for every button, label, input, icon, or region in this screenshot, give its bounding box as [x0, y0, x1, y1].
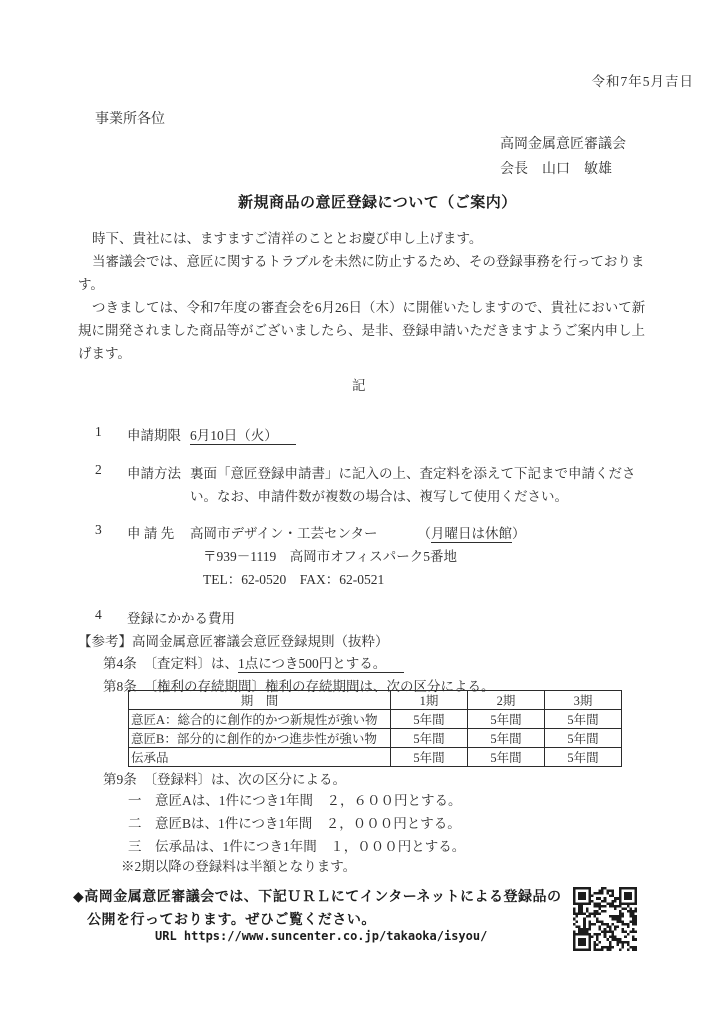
item1-deadline: 6月10日（火）: [190, 424, 296, 444]
footer-url: URL https://www.suncenter.co.jp/takaoka/…: [155, 929, 487, 943]
header-term2: 2期: [468, 691, 545, 710]
item1-label: 申請期限: [127, 424, 181, 444]
duration-table: 期 間 1期 2期 3期 意匠A：総合的に創作的かつ新規性が強い物 5年間 5年…: [128, 690, 622, 767]
paragraph-greeting: 時下、貴社には、ますますご清祥のこととお慶び申し上げます。: [78, 227, 654, 250]
row-traditional-term3: 5年間: [545, 748, 622, 767]
article-4: 第4条 〔査定料〕は、1点につき500円とする。: [103, 652, 404, 672]
sender-person: 会長 山口 敏雄: [500, 158, 612, 178]
article-4-fee: 1点につき500円とする。: [238, 656, 404, 673]
item2-number: 2: [95, 462, 102, 478]
header-term3: 3期: [545, 691, 622, 710]
addressee: 事業所各位: [95, 108, 165, 128]
fee-design-a: 一 意匠Aは、1件につき1年間 ２，６００円とする。: [128, 789, 465, 812]
destination-tel-fax: TEL：62-0520 FAX：62-0521: [190, 568, 526, 591]
table-row: 伝承品 5年間 5年間 5年間: [129, 748, 622, 767]
table-row: 意匠A：総合的に創作的かつ新規性が強い物 5年間 5年間 5年間: [129, 710, 622, 729]
fee-design-b: 二 意匠Bは、1件につき1年間 ２，０００円とする。: [128, 812, 465, 835]
destination-name-line: 高岡市デザイン・工芸センター（月曜日は休館）: [190, 522, 526, 545]
fee-list: 一 意匠Aは、1件につき1年間 ２，６００円とする。 二 意匠Bは、1件につき1…: [128, 789, 465, 858]
item2-method-text: 裏面「意匠登録申請書」に記入の上、査定料を添えて下記まで申請ください。なお、申請…: [190, 462, 650, 508]
header-period: 期 間: [129, 691, 391, 710]
header-term1: 1期: [391, 691, 468, 710]
closed-day-text: 月曜日は休館: [431, 526, 512, 543]
item4-number: 4: [95, 607, 102, 623]
row-traditional-term1: 5年間: [391, 748, 468, 767]
row-design-a-term2: 5年間: [468, 710, 545, 729]
fee-note: ※2期以降の登録料は半額となります。: [121, 855, 356, 875]
table-header-row: 期 間 1期 2期 3期: [129, 691, 622, 710]
body-paragraphs: 時下、貴社には、ますますご清祥のこととお慶び申し上げます。 当審議会では、意匠に…: [78, 227, 654, 365]
qr-code: [573, 887, 637, 951]
row-design-a-label: 意匠A：総合的に創作的かつ新規性が強い物: [129, 710, 391, 729]
table-row: 意匠B：部分的に創作的かつ進歩性が強い物 5年間 5年間 5年間: [129, 729, 622, 748]
paragraph-invitation: つきましては、令和7年度の審査会を6月26日（木）に開催いたしますので、貴社にお…: [78, 296, 654, 365]
item2-label: 申請方法: [127, 462, 181, 482]
sender-organization: 高岡金属意匠審議会: [500, 133, 626, 153]
item1-number: 1: [95, 424, 102, 440]
row-traditional-label: 伝承品: [129, 748, 391, 767]
footer-announcement-line2: 公開を行っております。ぜひご覧ください。: [87, 909, 376, 929]
reference-heading: 【参考】高岡金属意匠審議会意匠登録規則（抜粋）: [78, 630, 389, 650]
row-design-b-term3: 5年間: [545, 729, 622, 748]
letter-page: 令和7年5月吉日 事業所各位 高岡金属意匠審議会 会長 山口 敏雄 新規商品の意…: [0, 0, 724, 1024]
paragraph-purpose: 当審議会では、意匠に関するトラブルを未然に防止するため、その登録事務を行っており…: [78, 250, 654, 296]
deadline-value: 6月10日（火）: [190, 428, 296, 445]
row-design-b-label: 意匠B：部分的に創作的かつ進歩性が強い物: [129, 729, 391, 748]
article-9: 第9条 〔登録料〕は、次の区分による。: [103, 768, 346, 788]
closed-day-note: （月曜日は休館）: [418, 526, 526, 541]
document-title: 新規商品の意匠登録について（ご案内）: [238, 191, 517, 212]
item3-destination: 高岡市デザイン・工芸センター（月曜日は休館） 〒939－1119 高岡市オフィス…: [190, 522, 526, 591]
item3-label: 申 請 先: [127, 522, 174, 542]
date-line: 令和7年5月吉日: [592, 70, 695, 90]
item4-label: 登録にかかる費用: [127, 607, 235, 627]
destination-name: 高岡市デザイン・工芸センター: [190, 526, 378, 541]
row-design-b-term2: 5年間: [468, 729, 545, 748]
row-design-b-term1: 5年間: [391, 729, 468, 748]
row-traditional-term2: 5年間: [468, 748, 545, 767]
destination-address: 〒939－1119 高岡市オフィスパーク5番地: [190, 545, 526, 568]
footer-announcement-line1: ◆高岡金属意匠審議会では、下記ＵＲＬにてインターネットによる登録品の: [73, 886, 562, 906]
row-design-a-term3: 5年間: [545, 710, 622, 729]
row-design-a-term1: 5年間: [391, 710, 468, 729]
item3-number: 3: [95, 522, 102, 538]
record-mark: 記: [352, 374, 368, 394]
